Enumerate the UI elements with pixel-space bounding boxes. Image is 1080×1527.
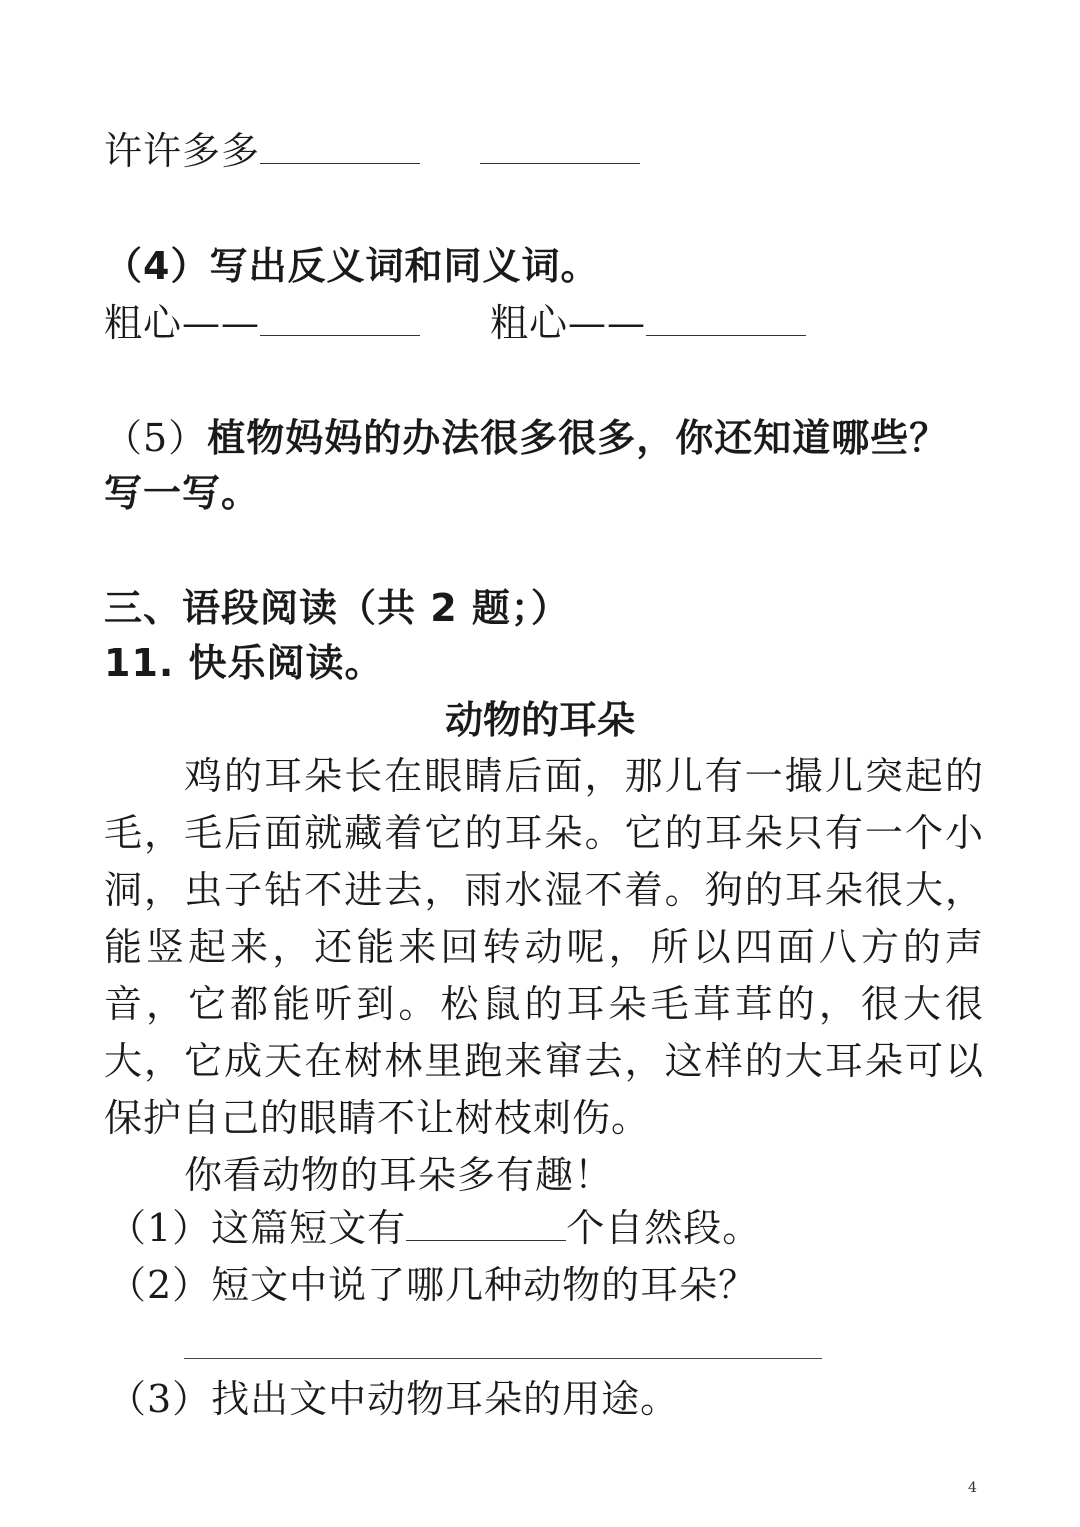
word-label: 许许多多 [104, 129, 260, 173]
answer-blank[interactable] [260, 133, 420, 164]
passage-paragraph-2: 你看动物的耳朵多有趣！ [104, 1147, 984, 1204]
question-4-heading: （4）写出反义词和同义词。 [104, 243, 599, 289]
synonym-blank[interactable] [646, 305, 806, 336]
antonym-synonym-row: 粗心——粗心—— [104, 300, 806, 346]
answer-blank[interactable] [480, 133, 640, 164]
item-11-heading: 11. 快乐阅读。 [104, 640, 384, 686]
question-5-text: 植物妈妈的办法很多很多，你还知道哪些？ [207, 416, 948, 460]
question-5-text-cont: 写一写。 [104, 470, 260, 516]
question-5: （5）植物妈妈的办法很多很多，你还知道哪些？ [104, 415, 948, 461]
question-2-answer-line[interactable] [184, 1358, 822, 1359]
section-3-heading: 三、语段阅读（共 2 题；） [104, 585, 570, 631]
question-1-suffix: 个自然段。 [566, 1206, 761, 1250]
question-1-prefix: （1）这篇短文有 [108, 1206, 406, 1250]
antonym-blank[interactable] [260, 305, 420, 336]
passage-title: 动物的耳朵 [0, 697, 1080, 743]
synonym-word: 粗心—— [490, 301, 646, 345]
paragraph-count-blank[interactable] [406, 1210, 566, 1241]
reading-question-2: （2）短文中说了哪几种动物的耳朵？ [108, 1262, 757, 1308]
word-fill-row: 许许多多 [104, 128, 640, 174]
page-number: 4 [968, 1480, 977, 1496]
reading-question-1: （1）这篇短文有个自然段。 [108, 1205, 761, 1251]
reading-question-3: （3）找出文中动物耳朵的用途。 [108, 1376, 679, 1422]
antonym-word: 粗心—— [104, 301, 260, 345]
question-5-label: （5） [104, 416, 207, 460]
passage-paragraph-1: 鸡的耳朵长在眼睛后面，那儿有一撮儿突起的毛，毛后面就藏着它的耳朵。它的耳朵只有一… [104, 748, 984, 1147]
